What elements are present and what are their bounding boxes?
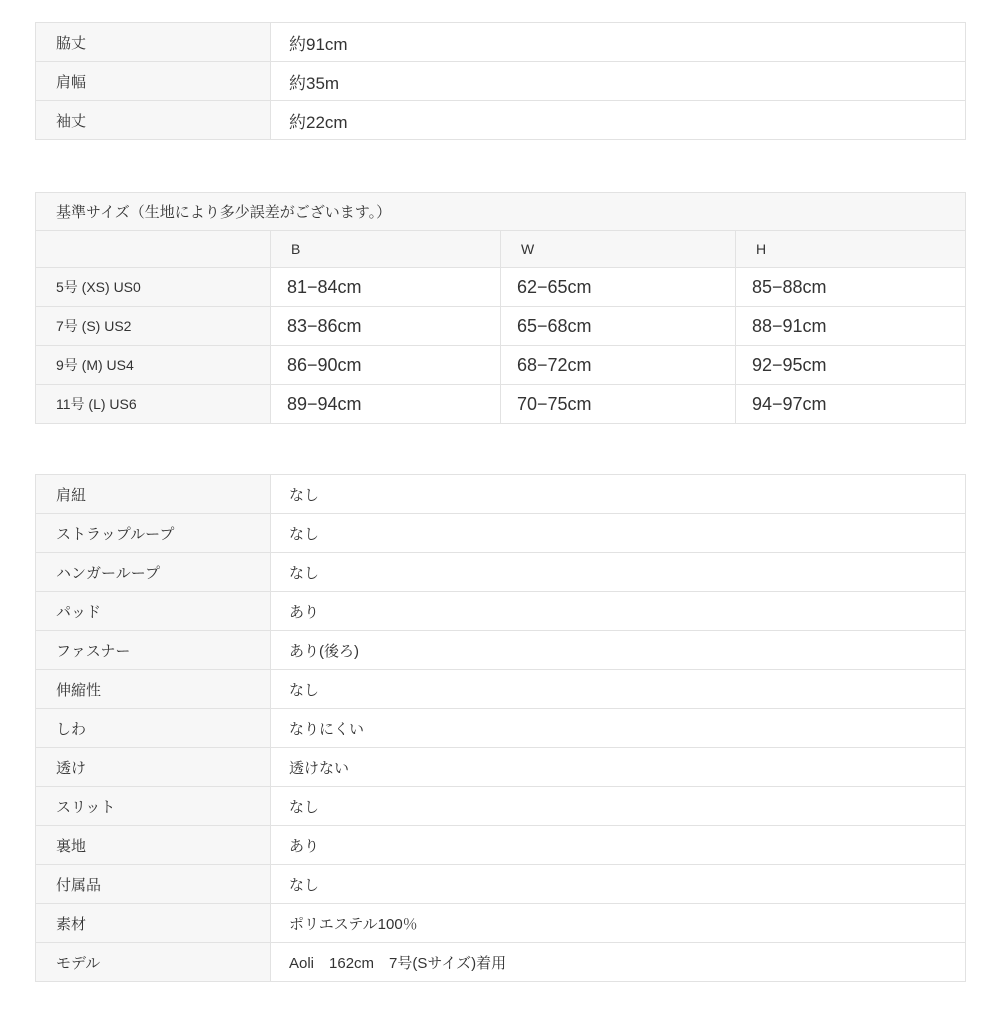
measure-label-sleeve-length: 袖丈 bbox=[36, 101, 271, 140]
size-chart-table: 基準サイズ（生地により多少誤差がございます。） B W H 5号 (XS) US… bbox=[35, 192, 966, 424]
size-bust-value: 83−86cm bbox=[271, 307, 501, 346]
size-hip-value: 92−95cm bbox=[736, 346, 966, 385]
spec-label: モデル bbox=[36, 943, 271, 982]
size-row-label: 11号 (L) US6 bbox=[36, 385, 271, 424]
spec-label: 伸縮性 bbox=[36, 670, 271, 709]
spec-label: スリット bbox=[36, 787, 271, 826]
spec-row-lining: 裏地 あり bbox=[36, 826, 966, 865]
spec-label: ファスナー bbox=[36, 631, 271, 670]
size-row-m: 9号 (M) US4 86−90cm 68−72cm 92−95cm bbox=[36, 346, 966, 385]
spec-row-model: モデル Aoli 162cm 7号(Sサイズ)着用 bbox=[36, 943, 966, 982]
size-waist-value: 68−72cm bbox=[501, 346, 736, 385]
spec-row-stretch: 伸縮性 なし bbox=[36, 670, 966, 709]
spec-label: パッド bbox=[36, 592, 271, 631]
table-row: 肩幅 約35m bbox=[36, 62, 966, 101]
measure-value-side-length: 約91cm bbox=[271, 23, 966, 62]
spec-row-hanger-loop: ハンガーループ なし bbox=[36, 553, 966, 592]
spec-label: ストラップループ bbox=[36, 514, 271, 553]
column-header-bust: B bbox=[271, 231, 501, 268]
spec-value: あり(後ろ) bbox=[271, 631, 966, 670]
measure-label-side-length: 脇丈 bbox=[36, 23, 271, 62]
spec-value: ポリエステル100％ bbox=[271, 904, 966, 943]
spec-value: なし bbox=[271, 787, 966, 826]
size-chart-header-row: B W H bbox=[36, 231, 966, 268]
size-chart-corner-cell bbox=[36, 231, 271, 268]
spec-row-sheerness: 透け 透けない bbox=[36, 748, 966, 787]
spec-value: なし bbox=[271, 475, 966, 514]
spec-value: あり bbox=[271, 592, 966, 631]
spec-row-slit: スリット なし bbox=[36, 787, 966, 826]
column-header-hip: H bbox=[736, 231, 966, 268]
measure-value-sleeve-length: 約22cm bbox=[271, 101, 966, 140]
spec-row-accessories: 付属品 なし bbox=[36, 865, 966, 904]
spec-value: Aoli 162cm 7号(Sサイズ)着用 bbox=[271, 943, 966, 982]
spec-row-shoulder-strap: 肩紐 なし bbox=[36, 475, 966, 514]
spec-row-wrinkle: しわ なりにくい bbox=[36, 709, 966, 748]
spec-value: なし bbox=[271, 514, 966, 553]
table-row: 脇丈 約91cm bbox=[36, 23, 966, 62]
spec-label: ハンガーループ bbox=[36, 553, 271, 592]
spec-label: しわ bbox=[36, 709, 271, 748]
spec-value: あり bbox=[271, 826, 966, 865]
spec-value: なし bbox=[271, 670, 966, 709]
size-waist-value: 62−65cm bbox=[501, 268, 736, 307]
size-bust-value: 81−84cm bbox=[271, 268, 501, 307]
product-spec-section: 脇丈 約91cm 肩幅 約35m 袖丈 約22cm 基準サイズ（生地により多少誤… bbox=[35, 22, 966, 982]
size-row-label: 5号 (XS) US0 bbox=[36, 268, 271, 307]
spec-value: 透けない bbox=[271, 748, 966, 787]
column-header-waist: W bbox=[501, 231, 736, 268]
spec-row-strap-loop: ストラップループ なし bbox=[36, 514, 966, 553]
size-bust-value: 89−94cm bbox=[271, 385, 501, 424]
spec-label: 付属品 bbox=[36, 865, 271, 904]
spec-label: 肩紐 bbox=[36, 475, 271, 514]
size-hip-value: 85−88cm bbox=[736, 268, 966, 307]
size-waist-value: 65−68cm bbox=[501, 307, 736, 346]
spec-value: なし bbox=[271, 553, 966, 592]
size-row-label: 7号 (S) US2 bbox=[36, 307, 271, 346]
spec-value: なし bbox=[271, 865, 966, 904]
measurement-table: 脇丈 約91cm 肩幅 約35m 袖丈 約22cm bbox=[35, 22, 966, 140]
spec-row-material: 素材 ポリエステル100％ bbox=[36, 904, 966, 943]
measure-label-shoulder-width: 肩幅 bbox=[36, 62, 271, 101]
spec-value: なりにくい bbox=[271, 709, 966, 748]
size-row-label: 9号 (M) US4 bbox=[36, 346, 271, 385]
measure-value-shoulder-width: 約35m bbox=[271, 62, 966, 101]
size-row-s: 7号 (S) US2 83−86cm 65−68cm 88−91cm bbox=[36, 307, 966, 346]
size-hip-value: 88−91cm bbox=[736, 307, 966, 346]
size-waist-value: 70−75cm bbox=[501, 385, 736, 424]
size-chart-caption-row: 基準サイズ（生地により多少誤差がございます。） bbox=[36, 193, 966, 231]
table-row: 袖丈 約22cm bbox=[36, 101, 966, 140]
size-hip-value: 94−97cm bbox=[736, 385, 966, 424]
spec-label: 裏地 bbox=[36, 826, 271, 865]
spec-label: 素材 bbox=[36, 904, 271, 943]
spec-row-pad: パッド あり bbox=[36, 592, 966, 631]
size-row-xs: 5号 (XS) US0 81−84cm 62−65cm 85−88cm bbox=[36, 268, 966, 307]
spec-row-fastener: ファスナー あり(後ろ) bbox=[36, 631, 966, 670]
size-chart-caption: 基準サイズ（生地により多少誤差がございます。） bbox=[36, 193, 966, 231]
size-bust-value: 86−90cm bbox=[271, 346, 501, 385]
spec-label: 透け bbox=[36, 748, 271, 787]
size-row-l: 11号 (L) US6 89−94cm 70−75cm 94−97cm bbox=[36, 385, 966, 424]
spec-table: 肩紐 なし ストラップループ なし ハンガーループ なし パッド あり ファスナ… bbox=[35, 474, 966, 982]
